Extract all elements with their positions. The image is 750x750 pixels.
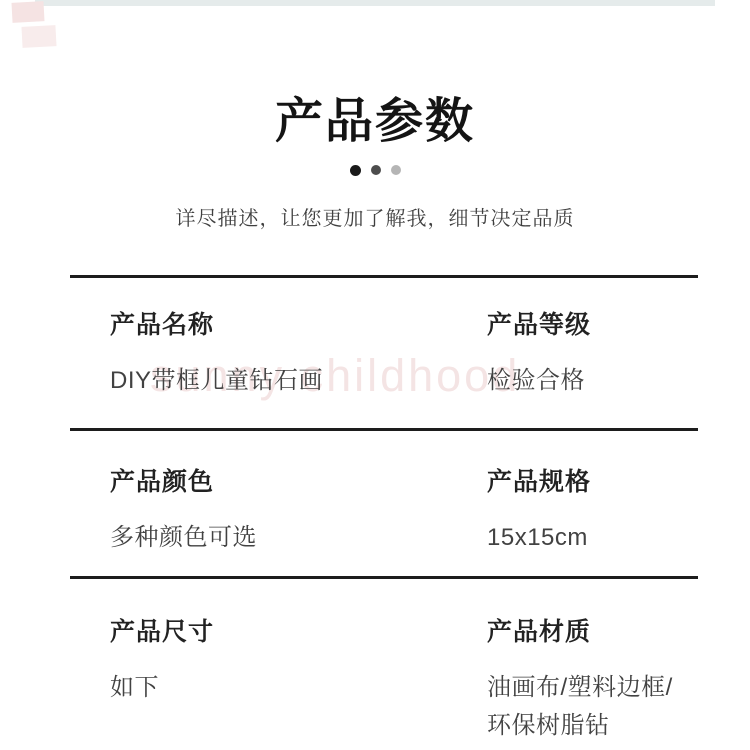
spec-row-size-material: 产品尺寸 如下 产品材质 油画布/塑料边框/ 环保树脂钻 [70, 576, 698, 750]
spec-cell-product-grade: 产品等级 检验合格 [447, 305, 698, 428]
dot-icon [350, 165, 361, 176]
spec-value-product-color: 多种颜色可选 [110, 519, 447, 557]
spec-label-product-size: 产品尺寸 [110, 612, 447, 648]
spec-cell-product-name: 产品名称 DIY带框儿童钻石画 [70, 305, 447, 428]
spec-label-product-color: 产品颜色 [110, 462, 447, 498]
spec-label-product-spec: 产品规格 [487, 462, 698, 498]
dot-icon [371, 165, 381, 175]
spec-value-material-line1: 油画布/塑料边框/ [487, 669, 698, 707]
spec-cell-product-material: 产品材质 油画布/塑料边框/ 环保树脂钻 [447, 612, 698, 750]
spec-value-product-spec: 15x15cm [487, 519, 698, 557]
spec-cell-product-size: 产品尺寸 如下 [70, 612, 447, 750]
spec-label-product-grade: 产品等级 [487, 305, 698, 341]
spec-label-product-name: 产品名称 [110, 305, 447, 341]
spec-table: 产品名称 DIY带框儿童钻石画 产品等级 检验合格 产品颜色 多种颜色可选 产品… [70, 275, 698, 750]
spec-value-product-size: 如下 [110, 669, 447, 707]
spec-label-product-material: 产品材质 [487, 612, 698, 648]
spec-cell-product-spec: 产品规格 15x15cm [447, 462, 698, 576]
spec-row-name-grade: 产品名称 DIY带框儿童钻石画 产品等级 检验合格 [70, 275, 698, 428]
product-parameters-page: 产品参数 详尽描述，让您更加了解我，细节决定品质 sunny childhood… [0, 0, 750, 750]
pink-smudge-bottom [21, 25, 56, 48]
page-subtitle: 详尽描述，让您更加了解我，细节决定品质 [0, 202, 750, 231]
spec-value-material-line2: 环保树脂钻 [487, 707, 698, 745]
top-divider-bar [35, 0, 715, 6]
spec-cell-product-color: 产品颜色 多种颜色可选 [70, 462, 447, 576]
spec-row-color-size: 产品颜色 多种颜色可选 产品规格 15x15cm [70, 428, 698, 576]
pink-smudge-top [11, 1, 44, 23]
page-title: 产品参数 [0, 82, 750, 151]
spec-value-product-name: DIY带框儿童钻石画 [110, 362, 447, 400]
dot-icon [391, 165, 401, 175]
spec-value-product-material: 油画布/塑料边框/ 环保树脂钻 [487, 669, 698, 745]
pagination-dots [0, 163, 750, 177]
spec-value-product-grade: 检验合格 [487, 362, 698, 400]
